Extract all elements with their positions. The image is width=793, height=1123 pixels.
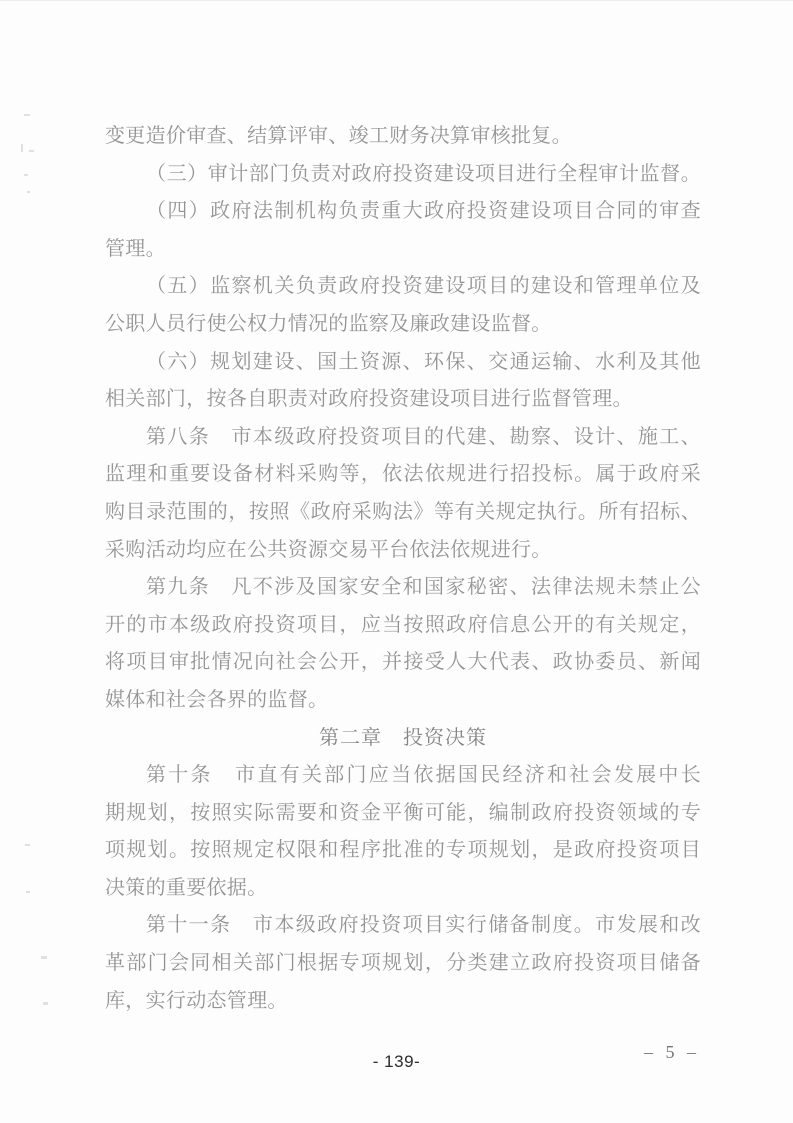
paragraph-line: 相关部门，按各自职责对政府投资建设项目进行监督管理。 xyxy=(105,381,701,419)
document-body: 变更造价审查、结算评审、竣工财务决算审核批复。 （三）审计部门负责对政府投资建设… xyxy=(105,118,701,1020)
scan-artifact xyxy=(43,1002,48,1005)
paragraph-line: （四）政府法制机构负责重大政府投资建设项目合同的审查 xyxy=(105,193,701,231)
paragraph-line: 媒体和社会各界的监督。 xyxy=(105,682,701,720)
paragraph-line: 监理和重要设备材料采购等，依法依规进行招投标。属于政府采 xyxy=(105,456,701,494)
paragraph-line: 革部门会同相关部门根据专项规划，分类建立政府投资项目储备 xyxy=(105,945,701,983)
scan-artifact xyxy=(27,191,30,193)
paragraph-line: 决策的重要依据。 xyxy=(105,870,701,908)
scan-artifact xyxy=(24,114,30,116)
article-9-opening-line: 第九条 凡不涉及国家安全和国家秘密、法律法规未禁止公 xyxy=(105,569,701,607)
paragraph-line: 开的市本级政府投资项目，应当按照政府信息公开的有关规定， xyxy=(105,607,701,645)
article-8-opening-line: 第八条 市本级政府投资项目的代建、勘察、设计、施工、 xyxy=(105,419,701,457)
paragraph-line: （三）审计部门负责对政府投资建设项目进行全程审计监督。 xyxy=(105,156,701,194)
article-11-opening-line: 第十一条 市本级政府投资项目实行储备制度。市发展和改 xyxy=(105,907,701,945)
chapter-heading: 第二章 投资决策 xyxy=(105,720,701,758)
page-number-outer: – 5 – xyxy=(644,1042,700,1063)
paragraph-line: 采购活动均应在公共资源交易平台依法依规进行。 xyxy=(105,532,701,570)
scan-artifact xyxy=(21,144,23,152)
paragraph-line: （五）监察机关负责政府投资建设项目的建设和管理单位及 xyxy=(105,268,701,306)
paragraph-line: 购目录范围的，按照《政府采购法》等有关规定执行。所有招标、 xyxy=(105,494,701,532)
paragraph-line: 公职人员行使公权力情况的监察及廉政建设监督。 xyxy=(105,306,701,344)
paragraph-line: 期规划，按照实际需要和资金平衡可能，编制政府投资领域的专 xyxy=(105,795,701,833)
paragraph-line: 变更造价审查、结算评审、竣工财务决算审核批复。 xyxy=(105,118,701,156)
scan-artifact xyxy=(25,844,30,846)
scanned-document-page: 变更造价审查、结算评审、竣工财务决算审核批复。 （三）审计部门负责对政府投资建设… xyxy=(0,0,793,1123)
scan-artifact xyxy=(24,174,28,176)
paragraph-line: 将项目审批情况向社会公开，并接受人大代表、政协委员、新闻 xyxy=(105,644,701,682)
scan-artifact xyxy=(26,891,30,893)
article-10-opening-line: 第十条 市直有关部门应当依据国民经济和社会发展中长 xyxy=(105,757,701,795)
paragraph-line: 管理。 xyxy=(105,231,701,269)
scan-artifact xyxy=(41,956,47,959)
scan-artifact xyxy=(29,150,34,152)
paragraph-line: 项规划。按照规定权限和程序批准的专项规划，是政府投资项目 xyxy=(105,832,701,870)
paragraph-line: （六）规划建设、国土资源、环保、交通运输、水利及其他 xyxy=(105,344,701,382)
paragraph-line: 库，实行动态管理。 xyxy=(105,983,701,1021)
